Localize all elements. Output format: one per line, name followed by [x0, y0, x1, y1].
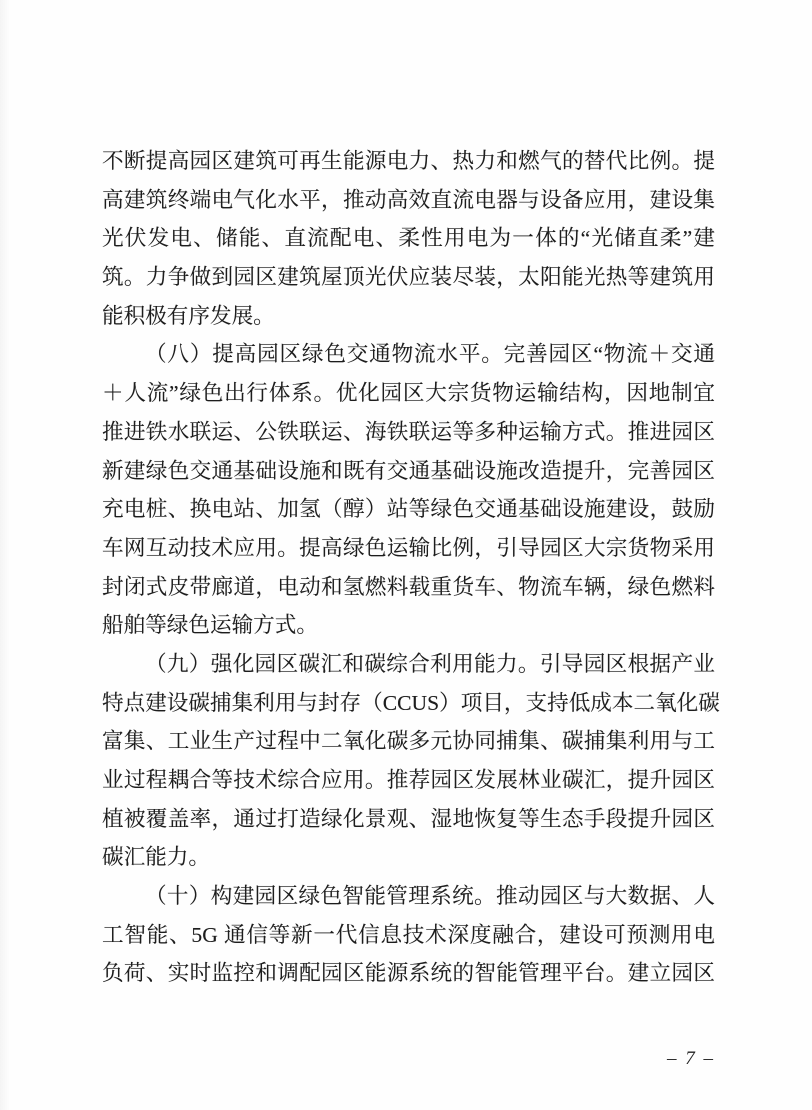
text-line: 富集、工业生产过程中二氧化碳多元协同捕集、碳捕集利用与工: [102, 722, 715, 761]
text-line: （十）构建园区绿色智能管理系统。推动园区与大数据、人: [102, 877, 715, 916]
text-line: 光伏发电、储能、直流配电、柔性用电为一体的“光储直柔”建: [102, 219, 715, 258]
text-line: 业过程耦合等技术综合应用。推荐园区发展林业碳汇，提升园区: [102, 761, 715, 800]
paragraph-item-10-smart-management: （十）构建园区绿色智能管理系统。推动园区与大数据、人 工智能、5G 通信等新一代…: [102, 877, 715, 993]
text-line: 特点建设碳捕集利用与封存（CCUS）项目，支持低成本二氧化碳: [102, 684, 715, 723]
text-line: 船舶等绿色运输方式。: [102, 606, 715, 645]
text-line: 封闭式皮带廊道，电动和氢燃料载重货车、物流车辆，绿色燃料: [102, 568, 715, 607]
text-line: 筑。力争做到园区建筑屋顶光伏应装尽装，太阳能光热等建筑用: [102, 258, 715, 297]
text-line: 推进铁水联运、公铁联运、海铁联运等多种运输方式。推进园区: [102, 413, 715, 452]
text-line: 充电桩、换电站、加氢（醇）站等绿色交通基础设施建设，鼓励: [102, 490, 715, 529]
paragraph-building-energy-continuation: 不断提高园区建筑可再生能源电力、热力和燃气的替代比例。提 高建筑终端电气化水平，…: [102, 142, 715, 335]
text-line: 负荷、实时监控和调配园区能源系统的智能管理平台。建立园区: [102, 954, 715, 993]
text-line: 工智能、5G 通信等新一代信息技术深度融合，建设可预测用电: [102, 916, 715, 955]
document-page: 不断提高园区建筑可再生能源电力、热力和燃气的替代比例。提 高建筑终端电气化水平，…: [0, 0, 812, 1110]
text-line: 能积极有序发展。: [102, 297, 715, 336]
text-line: 车网互动技术应用。提高绿色运输比例，引导园区大宗货物采用: [102, 529, 715, 568]
text-line: ＋人流”绿色出行体系。优化园区大宗货物运输结构，因地制宜: [102, 374, 715, 413]
scan-edge-shadow: [0, 0, 10, 1110]
text-line: 高建筑终端电气化水平，推动高效直流电器与设备应用，建设集: [102, 181, 715, 220]
text-line: （九）强化园区碳汇和碳综合利用能力。引导园区根据产业: [102, 645, 715, 684]
paragraph-item-9-carbon-sink: （九）强化园区碳汇和碳综合利用能力。引导园区根据产业 特点建设碳捕集利用与封存（…: [102, 645, 715, 877]
text-line: （八）提高园区绿色交通物流水平。完善园区“物流＋交通: [102, 335, 715, 374]
document-body: 不断提高园区建筑可再生能源电力、热力和燃气的替代比例。提 高建筑终端电气化水平，…: [102, 142, 715, 993]
text-line: 不断提高园区建筑可再生能源电力、热力和燃气的替代比例。提: [102, 142, 715, 181]
text-line: 新建绿色交通基础设施和既有交通基础设施改造提升，完善园区: [102, 452, 715, 491]
text-line: 植被覆盖率，通过打造绿化景观、湿地恢复等生态手段提升园区: [102, 800, 715, 839]
text-line: 碳汇能力。: [102, 838, 715, 877]
paragraph-item-8-green-transport: （八）提高园区绿色交通物流水平。完善园区“物流＋交通 ＋人流”绿色出行体系。优化…: [102, 335, 715, 645]
page-number: – 7 –: [636, 1048, 746, 1070]
